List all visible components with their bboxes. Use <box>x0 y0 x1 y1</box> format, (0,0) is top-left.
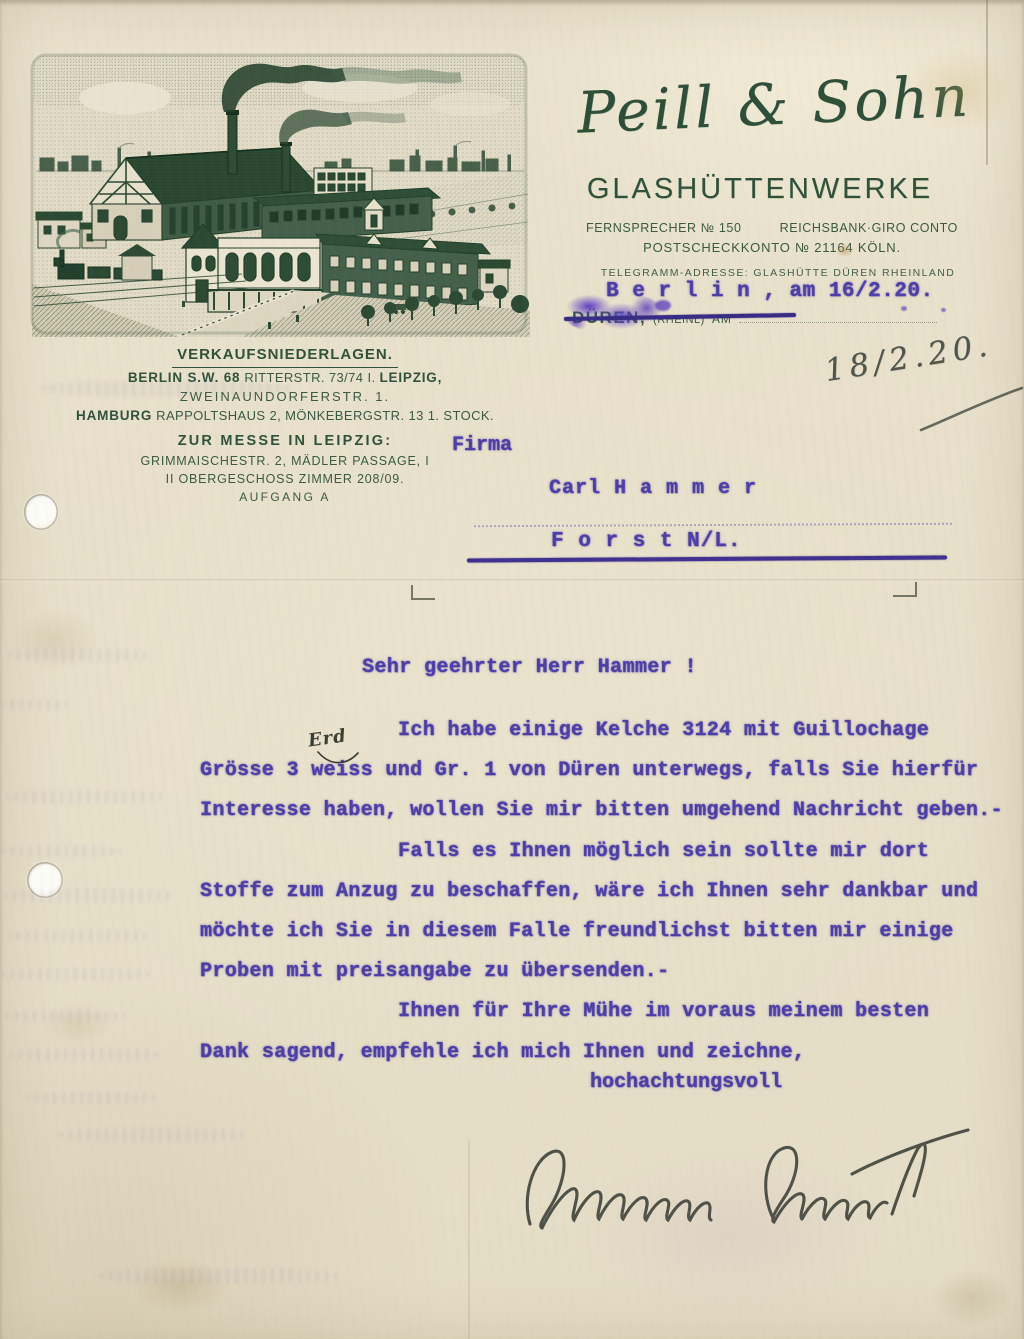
body-line: Stoffe zum Anzug zu beschaffen, wäre ich… <box>200 880 1002 920</box>
fair-address-line-3: AUFGANG A <box>46 489 524 506</box>
fold-crease-horizontal <box>0 579 1024 582</box>
bank-account: REICHSBANK·GIRO CONTO <box>780 221 958 235</box>
pencil-smudge <box>42 380 290 397</box>
signature-hermann-brandt <box>512 1116 992 1251</box>
recipient-city: F o r s t N/L. <box>551 530 741 553</box>
branch-city-leipzig: LEIPZIG, <box>379 370 442 385</box>
ink-smudge <box>100 1268 340 1284</box>
ink-dot <box>901 306 907 311</box>
salutation: Sehr geehrter Herr Hammer ! <box>362 656 697 679</box>
company-subtitle: GLASHÜTTENWERKE <box>580 173 940 206</box>
ink-smudge <box>2 845 122 857</box>
address-corner-mark-left <box>411 585 435 600</box>
ink-smudge <box>26 1092 156 1104</box>
insertion-caret <box>316 750 362 768</box>
telegram-address: TELEGRAMM-ADRESSE: GLASHÜTTE DÜREN RHEIN… <box>588 267 968 279</box>
ink-smudge <box>10 1048 160 1061</box>
branch-offices: VERKAUFSNIEDERLAGEN. BERLIN S.W. 68 RITT… <box>46 343 524 506</box>
ink-smudge <box>2 700 72 710</box>
body-line: Falls es Ihnen möglich sein sollte mir d… <box>200 840 1002 880</box>
ink-dot <box>941 308 946 312</box>
phone-number: FERNSPRECHER № 150 <box>586 221 742 235</box>
dotted-underline <box>474 513 952 528</box>
postal-account: POSTSCHECKKONTO № 21164 KÖLN. <box>586 240 958 255</box>
ink-smudge <box>6 1010 126 1022</box>
recipient-name: Carl H a m m e r <box>549 477 757 500</box>
paper-edge-line <box>986 0 988 165</box>
hole-punch-top <box>24 494 58 530</box>
ink-smudge <box>8 930 148 942</box>
paper-stain <box>42 1002 112 1048</box>
ink-blotch-small <box>655 300 671 311</box>
handwritten-date: 18/2.20. <box>822 327 994 389</box>
closing-formula: hochachtungsvoll <box>590 1071 782 1094</box>
recipient-underline <box>467 556 947 563</box>
branch-city-hamburg: HAMBURG <box>76 408 152 423</box>
letter-page: Peill & Sohn GLASHÜTTENWERKE FERNSPRECHE… <box>0 0 1024 1339</box>
factory-engraving <box>30 52 530 337</box>
body-line: Interesse haben, wollen Sie mir bitten u… <box>200 799 1002 839</box>
company-script-logo: Peill & Sohn <box>561 63 987 147</box>
body-line: Ihnen für Ihre Mühe im voraus meinem bes… <box>200 1000 1002 1040</box>
ink-smudge <box>6 790 166 804</box>
ink-smudge <box>4 888 174 903</box>
fold-crease-vertical <box>468 1140 470 1339</box>
contact-row: FERNSPRECHER № 150 REICHSBANK·GIRO CONTO <box>586 221 958 235</box>
branches-title: VERKAUFSNIEDERLAGEN. <box>172 344 398 368</box>
handwritten-flourish <box>918 386 1024 432</box>
address-corner-mark-right <box>893 582 917 597</box>
fair-address-line-2: II OBERGESCHOSS ZIMMER 208/09. <box>46 470 524 488</box>
body-line: Proben mit preisangabe zu übersenden.- <box>200 960 1002 1000</box>
typed-dateline: B e r l i n , am 16/2.20. <box>606 280 934 303</box>
recipient-prefix: Firma <box>452 434 512 457</box>
branches-row-2: HAMBURG RAPPOLTSHAUS 2, MÖNKEBERGSTR. 13… <box>46 406 524 426</box>
paper-stain <box>10 608 100 672</box>
ink-smudge <box>2 968 152 981</box>
paper-stain <box>130 1258 230 1314</box>
ink-smudge <box>8 648 148 662</box>
paper-stain <box>930 1268 1014 1328</box>
branch-address-hamburg: RAPPOLTSHAUS 2, MÖNKEBERGSTR. 13 1. STOC… <box>152 408 494 423</box>
letter-body: Ich habe einige Kelche 3124 mit Guilloch… <box>200 719 1002 1081</box>
body-line: möchte ich Sie in diesem Falle freundlic… <box>200 920 1002 960</box>
ink-smudge <box>60 1128 250 1142</box>
